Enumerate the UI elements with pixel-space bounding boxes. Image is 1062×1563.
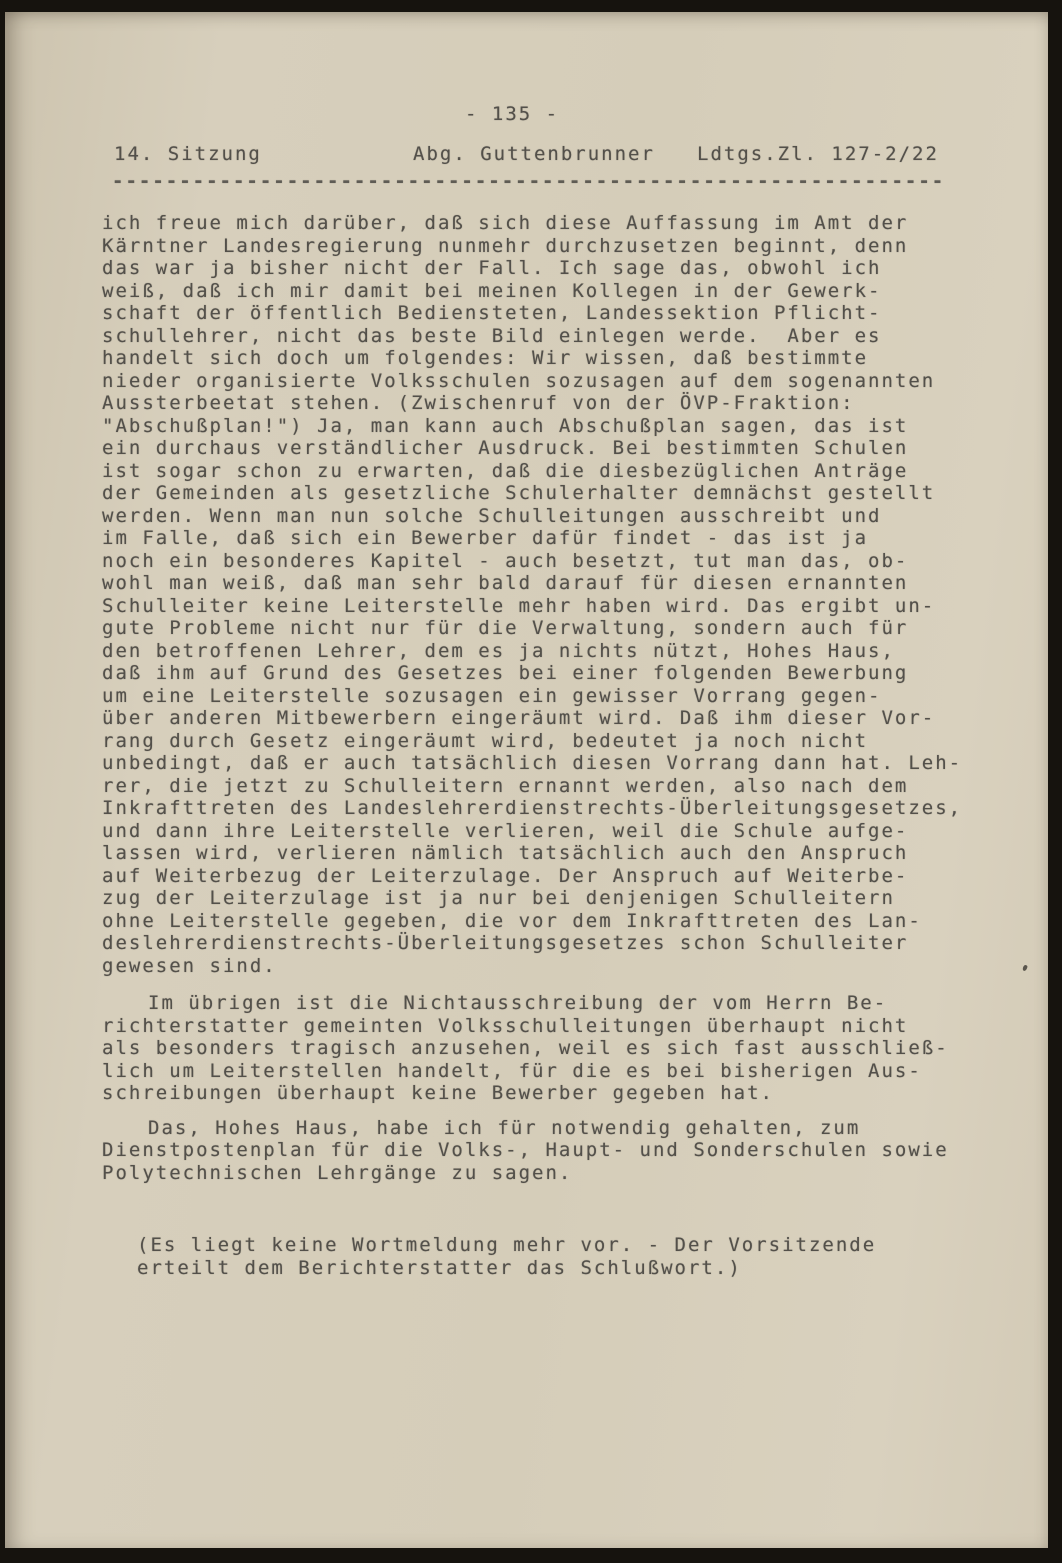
speech-paragraph: ich freue mich darüber, daß sich diese A… (102, 212, 992, 977)
header-session-label: 14. Sitzung (114, 143, 262, 166)
speech-paragraph: Das, Hohes Haus, habe ich für notwendig … (102, 1117, 992, 1185)
page-number: - 135 - (465, 103, 559, 126)
header-reference-number: Ldtgs.Zl. 127-2/22 (697, 143, 939, 166)
scan-background: - 135 - 14. Sitzung Abg. Guttenbrunner L… (0, 0, 1062, 1563)
speech-body: ich freue mich darüber, daß sich diese A… (102, 212, 992, 1279)
header-dashed-divider: ----------------------------------------… (112, 170, 945, 193)
header-speaker-name: Abg. Guttenbrunner (413, 143, 655, 166)
paper-speck (1022, 964, 1028, 971)
stage-direction: (Es liegt keine Wortmeldung mehr vor. - … (137, 1234, 992, 1279)
document-page: - 135 - 14. Sitzung Abg. Guttenbrunner L… (5, 12, 1048, 1548)
speech-paragraph: Im übrigen ist die Nichtausschreibung de… (102, 992, 992, 1105)
